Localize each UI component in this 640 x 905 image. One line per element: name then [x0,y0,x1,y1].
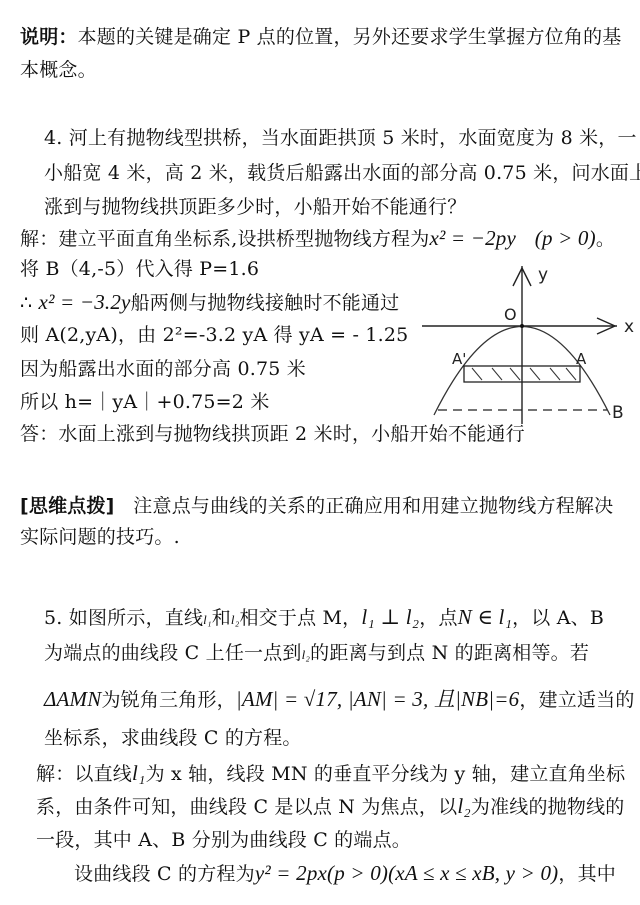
problem4-solution-line-4: 则 A(2,yA)，由 2²=-3.2 yA 得 yA = - 1.25 [20,322,408,348]
diagram-label-a-prime: A' [452,350,466,368]
triangle-expr: ΔAMN [44,687,101,711]
problem5-line-2: 为端点的曲线段 C 上任一点到l₂的距离与到点 N 的距离相等。若 [44,640,589,668]
parabola-bridge-diagram: y x O A' A B [412,258,640,428]
problem4-line-1: 4. 河上有抛物线型拱桥，当水面距拱顶 5 米时，水面宽度为 8 米，一 [44,125,637,151]
tip-label: [思维点拨] [20,495,115,517]
problem4-solution-line-6: 所以 h=｜yA｜+0.75=2 米 [20,389,270,415]
tip-line-1: [思维点拨] 注意点与曲线的关系的正确应用和用建立抛物线方程解决 [20,493,613,519]
note-line-2: 本概念。 [20,57,97,83]
condition: (p > 0) [535,226,596,250]
perpendicular-expr: l₁ ⊥ l₂ [361,605,419,629]
tip-line-2: 实际问题的技巧。. [20,524,180,550]
diagram-label-origin: O [504,305,517,324]
diagram-label-b: B [612,403,624,423]
problem4-solution-line-2: 将 B（4,-5）代入得 P=1.6 [20,256,259,282]
problem5-line-4: 坐标系，求曲线段 C 的方程。 [44,725,302,751]
diagram-label-x: x [624,317,634,337]
curve-equation: y² = 2px(p > 0)(xA ≤ x ≤ xB, y > 0) [255,861,559,885]
problem4-line-2: 小船宽 4 米，高 2 米，载货后船露出水面的部分高 0.75 米，问水面上 [44,160,640,186]
problem5-solution-line-2: 系，由条件可知，曲线段 C 是以点 N 为焦点，以l₂为准线的抛物线的 [36,793,624,820]
lengths-expr: |AM| = √17, |AN| = 3, 且|NB|=6 [236,687,519,711]
note-label: 说明： [20,26,78,48]
problem5-solution-line-1: 解：以直线l₁为 x 轴，线段 MN 的垂直平分线为 y 轴，建立直角坐标 [36,760,625,787]
diagram-label-y: y [538,265,548,285]
problem4-solution-line-3: ∴ x² = −3.2y船两侧与抛物线接触时不能通过 [20,289,399,316]
problem4-line-3: 涨到与抛物线拱顶距多少时，小船开始不能通行？ [44,194,466,220]
problem4-solution-line-5: 因为船露出水面的部分高 0.75 米 [20,356,306,382]
parabola-equation: x² = −2py [429,226,516,250]
membership-expr: N ∈ l₁ [458,605,512,629]
problem5-line-3: ΔAMN为锐角三角形，|AM| = √17, |AN| = 3, 且|NB|=6… [44,686,635,713]
parabola-equation-solved: x² = −3.2y [39,290,131,314]
note-line-1: 说明：本题的关键是确定 P 点的位置，另外还要求学生掌握方位角的基 [20,24,621,50]
problem5-solution-line-4: 设曲线段 C 的方程为y² = 2px(p > 0)(xA ≤ x ≤ xB, … [74,860,616,887]
problem4-solution-line-1: 解：建立平面直角坐标系,设拱桥型抛物线方程为x² = −2py (p > 0)。 [20,225,615,252]
problem5-line-1: 5. 如图所示，直线l₁和l₂相交于点 M，l₁ ⊥ l₂，点N ∈ l₁，以 … [44,604,604,633]
problem5-solution-line-3: 一段，其中 A、B 分别为曲线段 C 的端点。 [36,827,411,853]
diagram-label-a: A [576,350,587,368]
